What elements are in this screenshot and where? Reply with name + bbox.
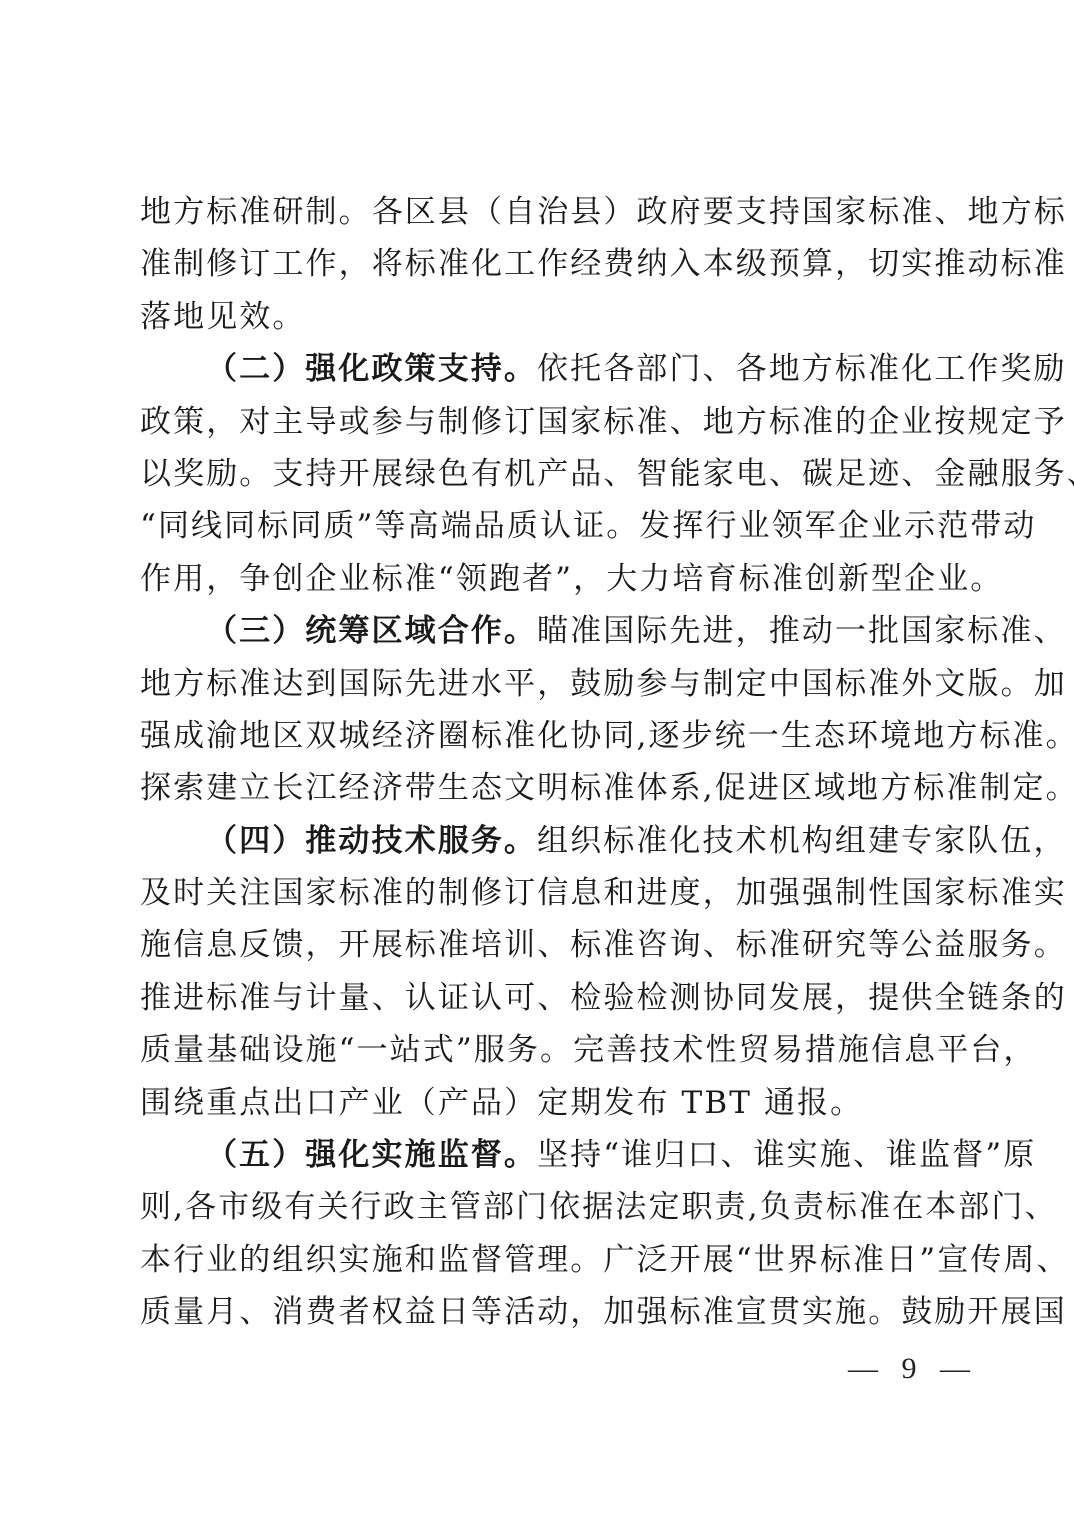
paragraph-text: 坚持“谁归口、谁实施、谁监督”原 [537, 1137, 1036, 1173]
paragraph-line: 以奖励。支持开展绿色有机产品、智能家电、碳足迹、金融服务、 [140, 448, 936, 500]
section-heading: （三）统筹区域合作。 [206, 613, 537, 649]
paragraph-line: 强成渝地区双城经济圈标准化协同,逐步统一生态环境地方标准。 [140, 710, 936, 762]
paragraph-line: 质量基础设施“一站式”服务。完善技术性贸易措施信息平台， [140, 1024, 936, 1076]
paragraph-line: 推进标准与计量、认证认可、检验检测协同发展，提供全链条的 [140, 972, 936, 1024]
paragraph-line: 准制修订工作，将标准化工作经费纳入本级预算，切实推动标准 [140, 238, 936, 290]
paragraph-line: 地方标准达到国际先进水平，鼓励参与制定中国标准外文版。加 [140, 658, 936, 710]
page-number: — 9 — [848, 1352, 978, 1386]
paragraph-text: 组织标准化技术机构组建专家队伍， [537, 823, 1067, 859]
paragraph-line: 落地见效。 [140, 291, 936, 343]
paragraph-text: 依托各部门、各地方标准化工作奖励 [537, 351, 1067, 387]
paragraph-line: 政策，对主导或参与制修订国家标准、地方标准的企业按规定予 [140, 396, 936, 448]
paragraph-line: 探索建立长江经济带生态文明标准体系,促进区域地方标准制定。 [140, 762, 936, 814]
body-text: 地方标准研制。各区县（自治县）政府要支持国家标准、地方标 准制修订工作，将标准化… [140, 186, 940, 1339]
paragraph-line: 围绕重点出口产业（产品）定期发布 TBT 通报。 [140, 1077, 936, 1129]
paragraph-first-line: （四）推动技术服务。组织标准化技术机构组建专家队伍， [140, 815, 936, 867]
paragraph-line: 施信息反馈，开展标准培训、标准咨询、标准研究等公益服务。 [140, 919, 936, 971]
paragraph-line: 则,各市级有关行政主管部门依据法定职责,负责标准在本部门、 [140, 1181, 936, 1233]
paragraph-line: 作用，争创企业标准“领跑者”，大力培育标准创新型企业。 [140, 553, 936, 605]
paragraph-line: “同线同标同质”等高端品质认证。发挥行业领军企业示范带动 [140, 500, 936, 552]
section-heading: （五）强化实施监督。 [206, 1137, 537, 1173]
paragraph-line: 及时关注国家标准的制修订信息和进度，加强强制性国家标准实 [140, 867, 936, 919]
section-heading: （二）强化政策支持。 [206, 351, 537, 387]
paragraph-line: 地方标准研制。各区县（自治县）政府要支持国家标准、地方标 [140, 186, 936, 238]
paragraph-first-line: （五）强化实施监督。坚持“谁归口、谁实施、谁监督”原 [140, 1129, 936, 1181]
paragraph-line: 质量月、消费者权益日等活动，加强标准宣贯实施。鼓励开展国 [140, 1286, 936, 1338]
paragraph-first-line: （二）强化政策支持。依托各部门、各地方标准化工作奖励 [140, 343, 936, 395]
paragraph-text: 瞄准国际先进，推动一批国家标准、 [537, 613, 1067, 649]
paragraph-first-line: （三）统筹区域合作。瞄准国际先进，推动一批国家标准、 [140, 605, 936, 657]
document-page: 地方标准研制。各区县（自治县）政府要支持国家标准、地方标 准制修订工作，将标准化… [0, 0, 1074, 1520]
paragraph-line: 本行业的组织实施和监督管理。广泛开展“世界标准日”宣传周、 [140, 1234, 936, 1286]
section-heading: （四）推动技术服务。 [206, 823, 537, 859]
